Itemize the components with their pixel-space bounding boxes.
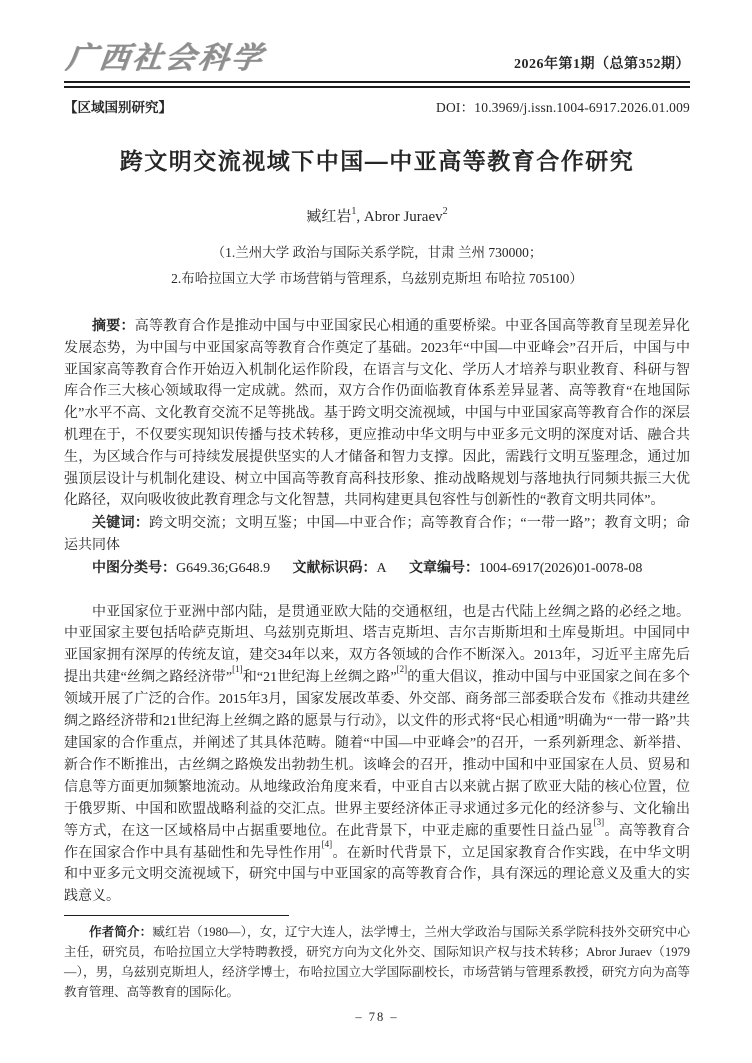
citation-ref: [2] (397, 664, 408, 674)
citation-ref: [1] (232, 664, 243, 674)
journal-page: 广西社会科学 2026年第1期（总第352期） 【区域国别研究】 DOI：10.… (0, 0, 752, 1063)
doc-code-value: A (377, 561, 387, 576)
doc-code-label: 文献标识码： (293, 559, 377, 575)
article-meta-block: 摘要：高等教育合作是推动中国与中亚国家民心相通的重要桥梁。中亚各国高等教育呈现差… (64, 315, 690, 580)
clc-value: G649.36;G648.9 (176, 561, 270, 576)
doi-text: DOI：10.3969/j.issn.1004-6917.2026.01.009 (436, 99, 690, 116)
author-bio-label: 作者简介： (89, 925, 152, 939)
article-no-label: 文章编号： (409, 559, 479, 575)
clc-label: 中图分类号： (92, 559, 176, 575)
journal-logo-calligraphy: 广西社会科学 (64, 42, 266, 76)
affiliations: （1.兰州大学 政治与国际关系学院，甘肃 兰州 730000； 2.布哈拉国立大… (64, 240, 690, 292)
keywords-paragraph: 关键词：跨文明交流；文明互鉴；中国—中亚合作；高等教育合作；“一带一路”；教育文… (64, 512, 690, 557)
author-affil-ref-2: 2 (443, 206, 448, 217)
keywords-text: 跨文明交流；文明互鉴；中国—中亚合作；高等教育合作；“一带一路”；教育文明；命运… (64, 516, 690, 553)
article-title: 跨文明交流视域下中国—中亚高等教育合作研究 (64, 146, 690, 176)
author-affil-ref-1: 1 (351, 206, 356, 217)
keywords-label: 关键词： (92, 514, 149, 530)
header-double-rule (64, 81, 690, 88)
citation-ref: [3] (594, 817, 605, 827)
body-paragraph: 中亚国家位于亚洲中部内陆，是贯通亚欧大陆的交通枢纽，也是古代陆上丝绸之路的必经之… (64, 602, 690, 909)
header-meta-row: 【区域国别研究】 DOI：10.3969/j.issn.1004-6917.20… (64, 99, 690, 116)
article-no-value: 1004-6917(2026)01-0078-08 (479, 561, 642, 576)
author-name-1: 臧红岩 (306, 209, 351, 225)
author-bio-text: 臧红岩（1980—），女，辽宁大连人，法学博士，兰州大学政治与国际关系学院科技外… (64, 925, 690, 998)
affiliation-line-2: 2.布哈拉国立大学 市场营销与管理系，乌兹别克斯坦 布哈拉 705100） (64, 266, 690, 292)
issue-info: 2026年第1期（总第352期） (514, 53, 690, 76)
author-bio: 作者简介：臧红岩（1980—），女，辽宁大连人，法学博士，兰州大学政治与国际关系… (64, 923, 690, 1002)
authors-line: 臧红岩1, Abror Juraev2 (64, 203, 690, 227)
abstract-label: 摘要： (92, 317, 135, 333)
classification-line: 中图分类号：G649.36;G648.9文献标识码：A文章编号：1004-691… (64, 557, 690, 580)
journal-header: 广西社会科学 2026年第1期（总第352期） (64, 42, 690, 76)
abstract-text: 高等教育合作是推动中国与中亚国家民心相通的重要桥梁。中亚各国高等教育呈现差异化发… (64, 319, 690, 508)
section-label: 【区域国别研究】 (64, 99, 172, 116)
page-number: – 78 – (64, 1010, 690, 1025)
footnote-divider (64, 915, 289, 916)
affiliation-line-1: （1.兰州大学 政治与国际关系学院，甘肃 兰州 730000； (64, 240, 690, 266)
author-separator: , (356, 209, 364, 225)
citation-ref: [4] (322, 839, 333, 849)
abstract-paragraph: 摘要：高等教育合作是推动中国与中亚国家民心相通的重要桥梁。中亚各国高等教育呈现差… (64, 315, 690, 512)
author-name-2: Abror Juraev (364, 209, 443, 225)
